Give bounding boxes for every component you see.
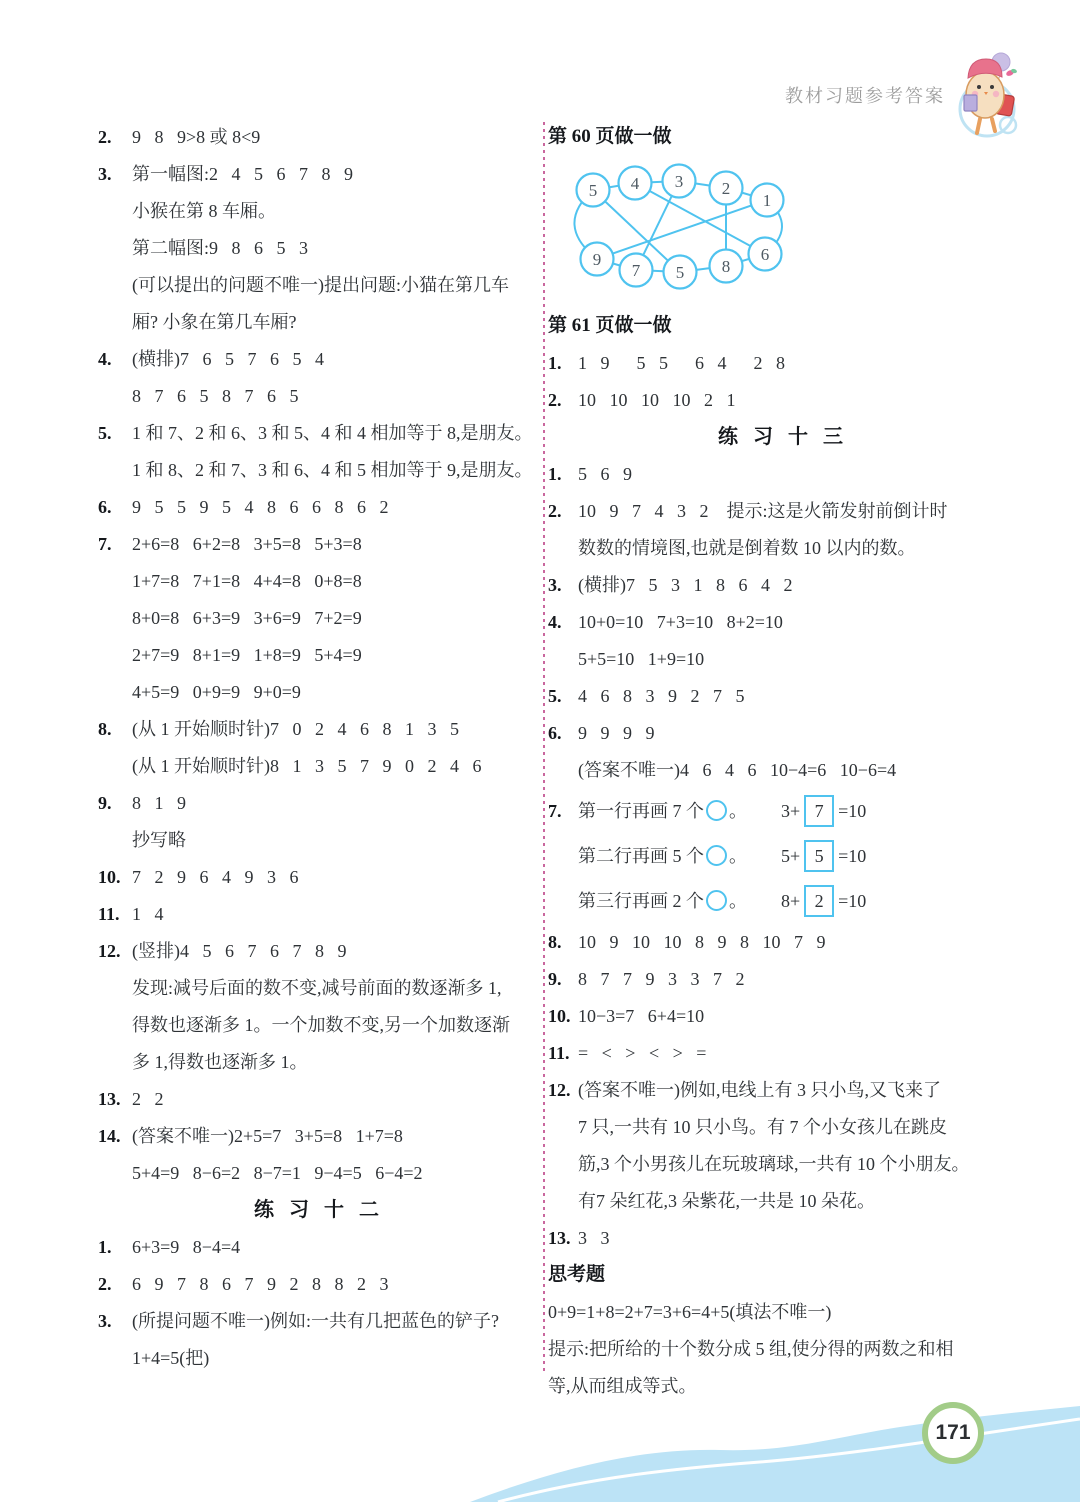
footer-wave-decoration: [0, 1395, 1080, 1502]
item-number: 2.: [98, 128, 132, 146]
page-title: 教材习题参考答案: [700, 82, 945, 108]
answer-line-continuation: 有7 朵红花,3 朵紫花,一共是 10 朵花。: [548, 1182, 1018, 1219]
left-answer-column: 2.9 8 9>8 或 8<93.第一幅图:2 4 5 6 7 8 9小猴在第 …: [98, 118, 540, 1376]
answer-text: 4+5=9 0+9=9 9+0=9: [132, 683, 301, 701]
answer-line: 5.4 6 8 3 9 2 7 5: [548, 677, 1018, 714]
answer-line-continuation: 第二幅图:9 8 6 5 3: [98, 229, 540, 266]
answer-line: 1.5 6 9: [548, 455, 1018, 492]
item-number: 1.: [548, 354, 578, 372]
answer-line: 8.(从 1 开始顺时针)7 0 2 4 6 8 1 3 5: [98, 710, 540, 747]
workbook-answer-page: 教材习题参考答案 2.9 8 9>8 或 8<93.第一幅图:2 4 5 6 7…: [0, 0, 1080, 1502]
answer-line: 2.10 9 7 4 3 2 提示:这是火箭发射前倒计时: [548, 492, 1018, 529]
answer-line: 1.6+3=9 8−4=4: [98, 1228, 540, 1265]
answer-line-continuation: 发现:减号后面的数不变,减号前面的数逐渐多 1,: [98, 969, 540, 1006]
equation-left: 8+: [781, 892, 800, 910]
answer-text: 5+4=9 8−6=2 8−7=1 9−4=5 6−4=2: [132, 1164, 423, 1182]
answer-line-continuation: 筋,3 个小男孩儿在玩玻璃球,一共有 10 个小朋友。: [548, 1145, 1018, 1182]
equation-right: =10: [838, 802, 866, 820]
answer-line-continuation: (可以提出的问题不唯一)提出问题:小猫在第几车: [98, 266, 540, 303]
answer-line: 1.1 9 5 5 6 4 2 8: [548, 344, 1018, 381]
equation-right: =10: [838, 892, 866, 910]
item-number: 2.: [548, 502, 578, 520]
answer-text: (横排)7 5 3 1 8 6 4 2: [578, 576, 793, 594]
fill-circle-answer-row: 7.第一行再画 7 个。3+7=10: [548, 788, 1018, 833]
diagram-row: 5432197586: [548, 155, 1018, 307]
answer-text: 。: [729, 802, 747, 820]
equation-right: =10: [838, 847, 866, 865]
answer-line-continuation: 1+7=8 7+1=8 4+4=8 0+8=8: [98, 562, 540, 599]
item-number: 1.: [548, 465, 578, 483]
answer-text: 练 习 十 二: [254, 1200, 384, 1220]
equation-left: 5+: [781, 847, 800, 865]
answer-text: 10 9 10 10 8 9 8 10 7 9: [578, 933, 826, 951]
boxed-answer: 2: [804, 885, 834, 917]
answer-text: 2+7=9 8+1=9 1+8=9 5+4=9: [132, 646, 362, 664]
answer-text: (答案不唯一)2+5=7 3+5=8 1+7=8: [132, 1127, 403, 1145]
answer-text: (从 1 开始顺时针)8 1 3 5 7 9 0 2 4 6: [132, 757, 482, 775]
circle-number: 9: [593, 250, 602, 269]
item-number: 7.: [548, 802, 578, 820]
answer-text: 7 只,一共有 10 只小鸟。有 7 个小女孩儿在跳皮: [578, 1118, 947, 1136]
answer-text: 8+0=8 6+3=9 3+6=9 7+2=9: [132, 609, 362, 627]
page-number: 171: [935, 1421, 970, 1445]
answer-line-continuation: 4+5=9 0+9=9 9+0=9: [98, 673, 540, 710]
number-pairing-diagram: 5432197586: [550, 155, 802, 307]
answer-text: 小猴在第 8 车厢。: [132, 202, 276, 220]
answer-line-continuation: 8+0=8 6+3=9 3+6=9 7+2=9: [98, 599, 540, 636]
draw-circle-icon: [706, 845, 727, 866]
note-line: 0+9=1+8=2+7=3+6=4+5(填法不唯一): [548, 1293, 1018, 1330]
item-number: 6.: [548, 724, 578, 742]
answer-line: 9.8 7 7 9 3 3 7 2: [548, 960, 1018, 997]
answer-line-continuation: 8 7 6 5 8 7 6 5: [98, 377, 540, 414]
answer-text: 2 2: [132, 1090, 164, 1108]
right-answer-column: 第 60 页做一做5432197586第 61 页做一做1.1 9 5 5 6 …: [548, 118, 1018, 1404]
answer-line-continuation: 1 和 8、2 和 7、3 和 6、4 和 5 相加等于 9,是朋友。: [98, 451, 540, 488]
answer-line-continuation: 7 只,一共有 10 只小鸟。有 7 个小女孩儿在跳皮: [548, 1108, 1018, 1145]
answer-line: 3.第一幅图:2 4 5 6 7 8 9: [98, 155, 540, 192]
answer-text: 9 8 9>8 或 8<9: [132, 128, 260, 146]
item-number: 2.: [548, 391, 578, 409]
fill-circle-answer-row: 第三行再画 2 个。8+2=10: [548, 878, 1018, 923]
boxed-answer: 7: [804, 795, 834, 827]
answer-text: 多 1,得数也逐渐多 1。: [132, 1053, 308, 1071]
answer-text: 3 3: [578, 1229, 610, 1247]
answer-text: 第 60 页做一做: [548, 127, 672, 146]
answer-text: 0+9=1+8=2+7=3+6=4+5(填法不唯一): [548, 1303, 831, 1321]
circle-number: 5: [589, 181, 598, 200]
answer-text: 10 10 10 10 2 1: [578, 391, 736, 409]
answer-text: 7 2 9 6 4 9 3 6: [132, 868, 299, 886]
answer-line: 2.10 10 10 10 2 1: [548, 381, 1018, 418]
answer-text: 等,从而组成等式。: [548, 1377, 697, 1395]
book-icon: [964, 95, 977, 111]
item-number: 4.: [98, 350, 132, 368]
answer-text: 6 9 7 8 6 7 9 2 8 8 2 3: [132, 1275, 389, 1293]
answer-line: 10.10−3=7 6+4=10: [548, 997, 1018, 1034]
circle-number: 2: [722, 179, 731, 198]
item-number: 6.: [98, 498, 132, 516]
answer-text: 5 6 9: [578, 465, 632, 483]
answer-text: 1+4=5(把): [132, 1349, 209, 1367]
answer-line: 6.9 5 5 9 5 4 8 6 6 8 6 2: [98, 488, 540, 525]
draw-circle-icon: [706, 890, 727, 911]
answer-text: 1 4: [132, 905, 164, 923]
answer-text: (答案不唯一)例如,电线上有 3 只小鸟,又飞来了: [578, 1081, 941, 1099]
answer-line: 3.(横排)7 5 3 1 8 6 4 2: [548, 566, 1018, 603]
answer-text: 2+6=8 6+2=8 3+5=8 5+3=8: [132, 535, 362, 553]
answer-line-continuation: (答案不唯一)4 6 4 6 10−4=6 10−6=4: [548, 751, 1018, 788]
answer-text: 练 习 十 三: [718, 427, 848, 447]
answer-text: 10 9 7 4 3 2 提示:这是火箭发射前倒计时: [578, 502, 948, 520]
fill-circle-answer-row: 第二行再画 5 个。5+5=10: [548, 833, 1018, 878]
answer-line-continuation: 得数也逐渐多 1。一个加数不变,另一个加数逐渐: [98, 1006, 540, 1043]
item-number: 8.: [98, 720, 132, 738]
item-number: 9.: [548, 970, 578, 988]
answer-line: 7.2+6=8 6+2=8 3+5=8 5+3=8: [98, 525, 540, 562]
item-number: 13.: [548, 1229, 578, 1247]
answer-text: 8 1 9: [132, 794, 186, 812]
answer-text: (竖排)4 5 6 7 6 7 8 9: [132, 942, 347, 960]
answer-text: 10−3=7 6+4=10: [578, 1007, 704, 1025]
circle-number: 5: [676, 263, 685, 282]
answer-line-continuation: (从 1 开始顺时针)8 1 3 5 7 9 0 2 4 6: [98, 747, 540, 784]
answer-line: 13.2 2: [98, 1080, 540, 1117]
answer-text: (答案不唯一)4 6 4 6 10−4=6 10−6=4: [578, 761, 896, 779]
item-number: 7.: [98, 535, 132, 553]
answer-text: 有7 朵红花,3 朵紫花,一共是 10 朵花。: [578, 1192, 875, 1210]
answer-line-continuation: 厢? 小象在第几车厢?: [98, 303, 540, 340]
answer-text: 厢? 小象在第几车厢?: [132, 313, 296, 331]
answer-text: 第 61 页做一做: [548, 316, 672, 335]
answer-line-continuation: 数数的情境图,也就是倒着数 10 以内的数。: [548, 529, 1018, 566]
note-line: 提示:把所给的十个数分成 5 组,使分得的两数之和相: [548, 1330, 1018, 1367]
item-number: 10.: [548, 1007, 578, 1025]
answer-line: 10.7 2 9 6 4 9 3 6: [98, 858, 540, 895]
answer-text: 思考题: [548, 1265, 605, 1284]
exercise-heading: 练 习 十 二: [98, 1191, 540, 1228]
answer-text: (可以提出的问题不唯一)提出问题:小猫在第几车: [132, 276, 509, 294]
answer-line: 4.10+0=10 7+3=10 8+2=10: [548, 603, 1018, 640]
item-number: 3.: [98, 165, 132, 183]
answer-line: 9.8 1 9: [98, 784, 540, 821]
column-divider-dashed-line: [543, 122, 545, 1372]
answer-line-continuation: 抄写略: [98, 821, 540, 858]
answer-text: 数数的情境图,也就是倒着数 10 以内的数。: [578, 539, 916, 557]
equation-left: 3+: [781, 802, 800, 820]
item-number: 2.: [98, 1275, 132, 1293]
item-number: 4.: [548, 613, 578, 631]
circle-number: 6: [761, 245, 770, 264]
item-number: 1.: [98, 1238, 132, 1256]
item-number: 5.: [98, 424, 132, 442]
item-number: 8.: [548, 933, 578, 951]
item-number: 11.: [548, 1044, 578, 1062]
answer-text: 8 7 6 5 8 7 6 5: [132, 387, 299, 405]
answer-line: 14.(答案不唯一)2+5=7 3+5=8 1+7=8: [98, 1117, 540, 1154]
answer-text: 。: [729, 892, 747, 910]
draw-circle-icon: [706, 800, 727, 821]
answer-text: 5+5=10 1+9=10: [578, 650, 704, 668]
answer-text: 1 和 7、2 和 6、3 和 5、4 和 4 相加等于 8,是朋友。: [132, 424, 533, 442]
answer-text: 提示:把所给的十个数分成 5 组,使分得的两数之和相: [548, 1340, 954, 1358]
answer-line: 12.(答案不唯一)例如,电线上有 3 只小鸟,又飞来了: [548, 1071, 1018, 1108]
circle-number: 4: [631, 174, 640, 193]
boxed-answer: 5: [804, 840, 834, 872]
answer-text: 发现:减号后面的数不变,减号前面的数逐渐多 1,: [132, 979, 502, 997]
answer-text: 1 9 5 5 6 4 2 8: [578, 354, 785, 372]
answer-text: 4 6 8 3 9 2 7 5: [578, 687, 745, 705]
answer-text: 第一幅图:2 4 5 6 7 8 9: [132, 165, 353, 183]
answer-text: 10+0=10 7+3=10 8+2=10: [578, 613, 783, 631]
answer-text: 8 7 7 9 3 3 7 2: [578, 970, 745, 988]
answer-line: 8.10 9 10 10 8 9 8 10 7 9: [548, 923, 1018, 960]
item-number: 12.: [548, 1081, 578, 1099]
answer-line: 5.1 和 7、2 和 6、3 和 5、4 和 4 相加等于 8,是朋友。: [98, 414, 540, 451]
answer-line: 3.(所提问题不唯一)例如:一共有几把蓝色的铲子?: [98, 1302, 540, 1339]
answer-line: 11.1 4: [98, 895, 540, 932]
answer-text: 得数也逐渐多 1。一个加数不变,另一个加数逐渐: [132, 1016, 510, 1034]
answer-text: 6+3=9 8−4=4: [132, 1238, 240, 1256]
item-number: 10.: [98, 868, 132, 886]
answer-text: 9 9 9 9: [578, 724, 655, 742]
item-number: 5.: [548, 687, 578, 705]
answer-line-continuation: 1+4=5(把): [98, 1339, 540, 1376]
answer-text: 第二幅图:9 8 6 5 3: [132, 239, 308, 257]
answer-line: 2.6 9 7 8 6 7 9 2 8 8 2 3: [98, 1265, 540, 1302]
answer-line: 4.(横排)7 6 5 7 6 5 4: [98, 340, 540, 377]
answer-line-continuation: 5+5=10 1+9=10: [548, 640, 1018, 677]
answer-text: 9 5 5 9 5 4 8 6 6 8 6 2: [132, 498, 389, 516]
answer-line-continuation: 多 1,得数也逐渐多 1。: [98, 1043, 540, 1080]
page-number-badge: 171: [922, 1402, 984, 1464]
answer-line: 11.= < > < > =: [548, 1034, 1018, 1071]
item-number: 12.: [98, 942, 132, 960]
answer-line: 13.3 3: [548, 1219, 1018, 1256]
answer-text: (从 1 开始顺时针)7 0 2 4 6 8 1 3 5: [132, 720, 459, 738]
exercise-heading: 练 习 十 三: [548, 418, 1018, 455]
answer-text: (横排)7 6 5 7 6 5 4: [132, 350, 324, 368]
answer-text: 抄写略: [132, 831, 186, 849]
item-number: 11.: [98, 905, 132, 923]
circle-number: 1: [763, 191, 772, 210]
answer-line: 6.9 9 9 9: [548, 714, 1018, 751]
item-number: 14.: [98, 1127, 132, 1145]
section-heading: 第 60 页做一做: [548, 118, 1018, 155]
section-heading: 第 61 页做一做: [548, 307, 1018, 344]
answer-text: 1 和 8、2 和 7、3 和 6、4 和 5 相加等于 9,是朋友。: [132, 461, 533, 479]
answer-line-continuation: 5+4=9 8−6=2 8−7=1 9−4=5 6−4=2: [98, 1154, 540, 1191]
answer-line-continuation: 2+7=9 8+1=9 1+8=9 5+4=9: [98, 636, 540, 673]
circle-number: 7: [632, 261, 641, 280]
answer-text: 。: [729, 847, 747, 865]
item-number: 3.: [98, 1312, 132, 1330]
answer-line: 2.9 8 9>8 或 8<9: [98, 118, 540, 155]
item-number: 3.: [548, 576, 578, 594]
item-number: 13.: [98, 1090, 132, 1108]
answer-text: (所提问题不唯一)例如:一共有几把蓝色的铲子?: [132, 1312, 499, 1330]
answer-text: 第一行再画 7 个: [578, 802, 704, 820]
item-number: 9.: [98, 794, 132, 812]
circle-number: 8: [722, 257, 731, 276]
answer-text: = < > < > =: [578, 1044, 706, 1062]
answer-text: 1+7=8 7+1=8 4+4=8 0+8=8: [132, 572, 362, 590]
answer-text: 第三行再画 2 个: [578, 892, 704, 910]
circle-number: 3: [675, 172, 684, 191]
answer-line-continuation: 小猴在第 8 车厢。: [98, 192, 540, 229]
answer-text: 筋,3 个小男孩儿在玩玻璃球,一共有 10 个小朋友。: [578, 1155, 970, 1173]
section-heading: 思考题: [548, 1256, 1018, 1293]
answer-text: 第二行再画 5 个: [578, 847, 704, 865]
answer-line: 12.(竖排)4 5 6 7 6 7 8 9: [98, 932, 540, 969]
